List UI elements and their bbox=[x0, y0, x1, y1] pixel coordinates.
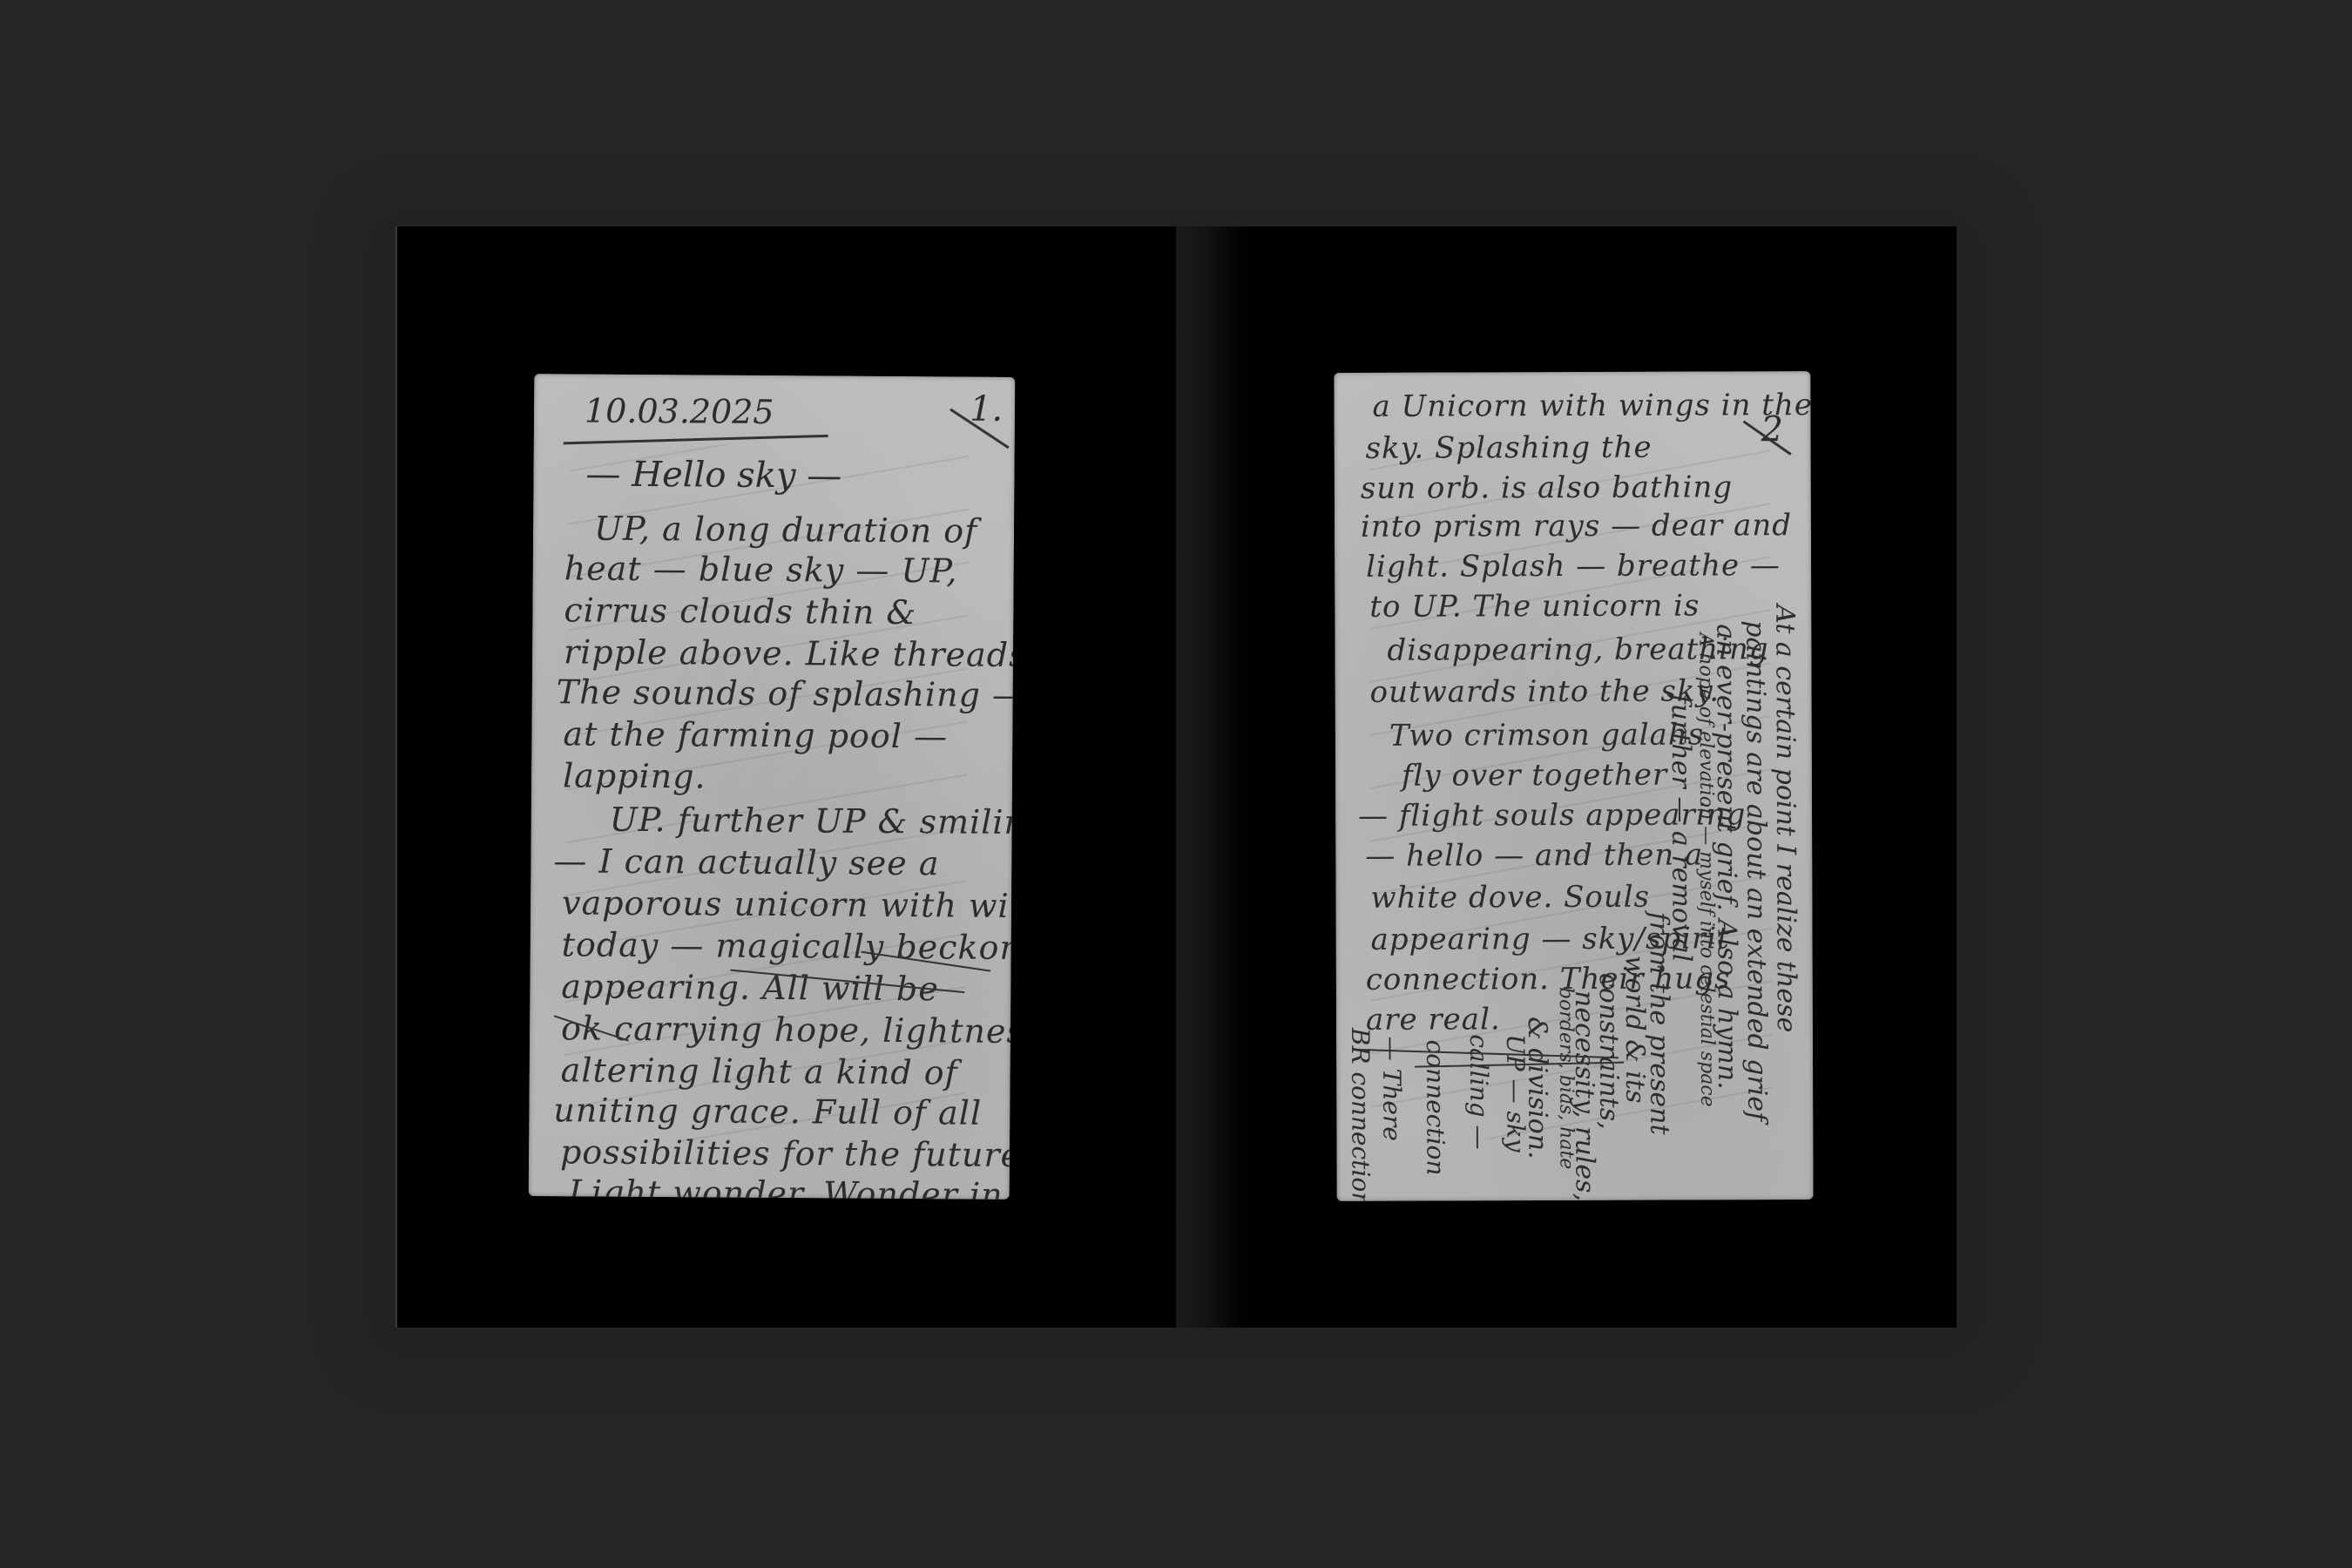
handwritten-line: vaporous unicorn with wings bbox=[562, 886, 1015, 923]
handwritten-line: ripple above. Like threads. bbox=[564, 635, 1015, 672]
handwritten-line: UP, a long duration of bbox=[594, 512, 977, 548]
margin-vertical-line: A hope of elevation — myself into celest… bbox=[1694, 632, 1718, 1106]
handwritten-line: today — magically beckoning bbox=[562, 928, 1016, 964]
note-title: — Hello sky — bbox=[585, 455, 841, 497]
margin-vertical-line: At a certain point I realize these bbox=[1769, 605, 1801, 1032]
book-gutter-shadow bbox=[1176, 226, 1249, 1328]
handwritten-line: possibilities for the future. bbox=[560, 1135, 1015, 1172]
margin-vertical-line: borders, bias, hate bbox=[1555, 987, 1578, 1169]
handwritten-line: Light wonder. Wonder in bbox=[569, 1175, 1004, 1200]
margin-vertical-line: BR connection bbox=[1346, 1028, 1375, 1201]
handwritten-line: sun orb. is also bathing bbox=[1361, 472, 1733, 503]
handwritten-line: Two crimson galahs bbox=[1389, 720, 1705, 750]
handwritten-line: heat — blue sky — UP, bbox=[564, 551, 958, 587]
margin-vertical-line: paintings are about an extended grief bbox=[1740, 620, 1772, 1121]
handwritten-line: — I can actually see a bbox=[553, 844, 939, 880]
handwritten-line: fly over together bbox=[1402, 760, 1667, 791]
handwritten-line: light. Splash — breathe — bbox=[1366, 551, 1781, 582]
handwritten-line: are real. bbox=[1366, 1004, 1501, 1035]
handwritten-line: a Unicorn with wings in the bbox=[1372, 390, 1813, 422]
handwritten-line: at the farming pool — bbox=[563, 717, 948, 753]
handwritten-line: white dove. Souls bbox=[1370, 882, 1650, 913]
right-book-page: 2 a Unicorn with wings in the sky. Splas… bbox=[1176, 226, 1957, 1328]
handwritten-line: appearing. All will be bbox=[561, 970, 939, 1005]
handwritten-line: uniting grace. Full of all bbox=[553, 1093, 982, 1129]
handwritten-line: connection. Their hugs bbox=[1366, 963, 1731, 994]
handwritten-line: into prism rays — dear and bbox=[1361, 510, 1792, 542]
scene: 10.03.2025 1. — Hello sky — UP, a long d… bbox=[0, 0, 2352, 1568]
margin-vertical-line: UP — sky bbox=[1501, 1034, 1530, 1152]
open-book-spread: 10.03.2025 1. — Hello sky — UP, a long d… bbox=[395, 226, 1957, 1328]
handwritten-line: cirrus clouds thin & bbox=[564, 593, 916, 629]
margin-vertical-line: connection bbox=[1421, 1039, 1450, 1175]
handwritten-line: to UP. The unicorn is bbox=[1369, 591, 1700, 621]
handwritten-line: ok carrying hope, lightness bbox=[561, 1011, 1015, 1048]
note-date: 10.03.2025 bbox=[585, 391, 774, 431]
handwritten-line: The sounds of splashing — bbox=[557, 675, 1016, 712]
date-underline bbox=[564, 435, 828, 444]
handwritten-line: lapping. bbox=[563, 759, 706, 793]
handwritten-line: altering light a kind of bbox=[561, 1053, 958, 1089]
handwritten-note-page-2: 2 a Unicorn with wings in the sky. Splas… bbox=[1334, 371, 1813, 1201]
margin-vertical-line: — There bbox=[1377, 1037, 1406, 1141]
handwritten-line: UP. further UP & smiling bbox=[610, 803, 1016, 840]
left-book-page: 10.03.2025 1. — Hello sky — UP, a long d… bbox=[395, 226, 1178, 1328]
handwritten-line: sky. Splashing the bbox=[1366, 433, 1652, 463]
handwritten-note-page-1: 10.03.2025 1. — Hello sky — UP, a long d… bbox=[529, 374, 1016, 1200]
handwritten-line: — hello — and then a bbox=[1365, 840, 1703, 870]
